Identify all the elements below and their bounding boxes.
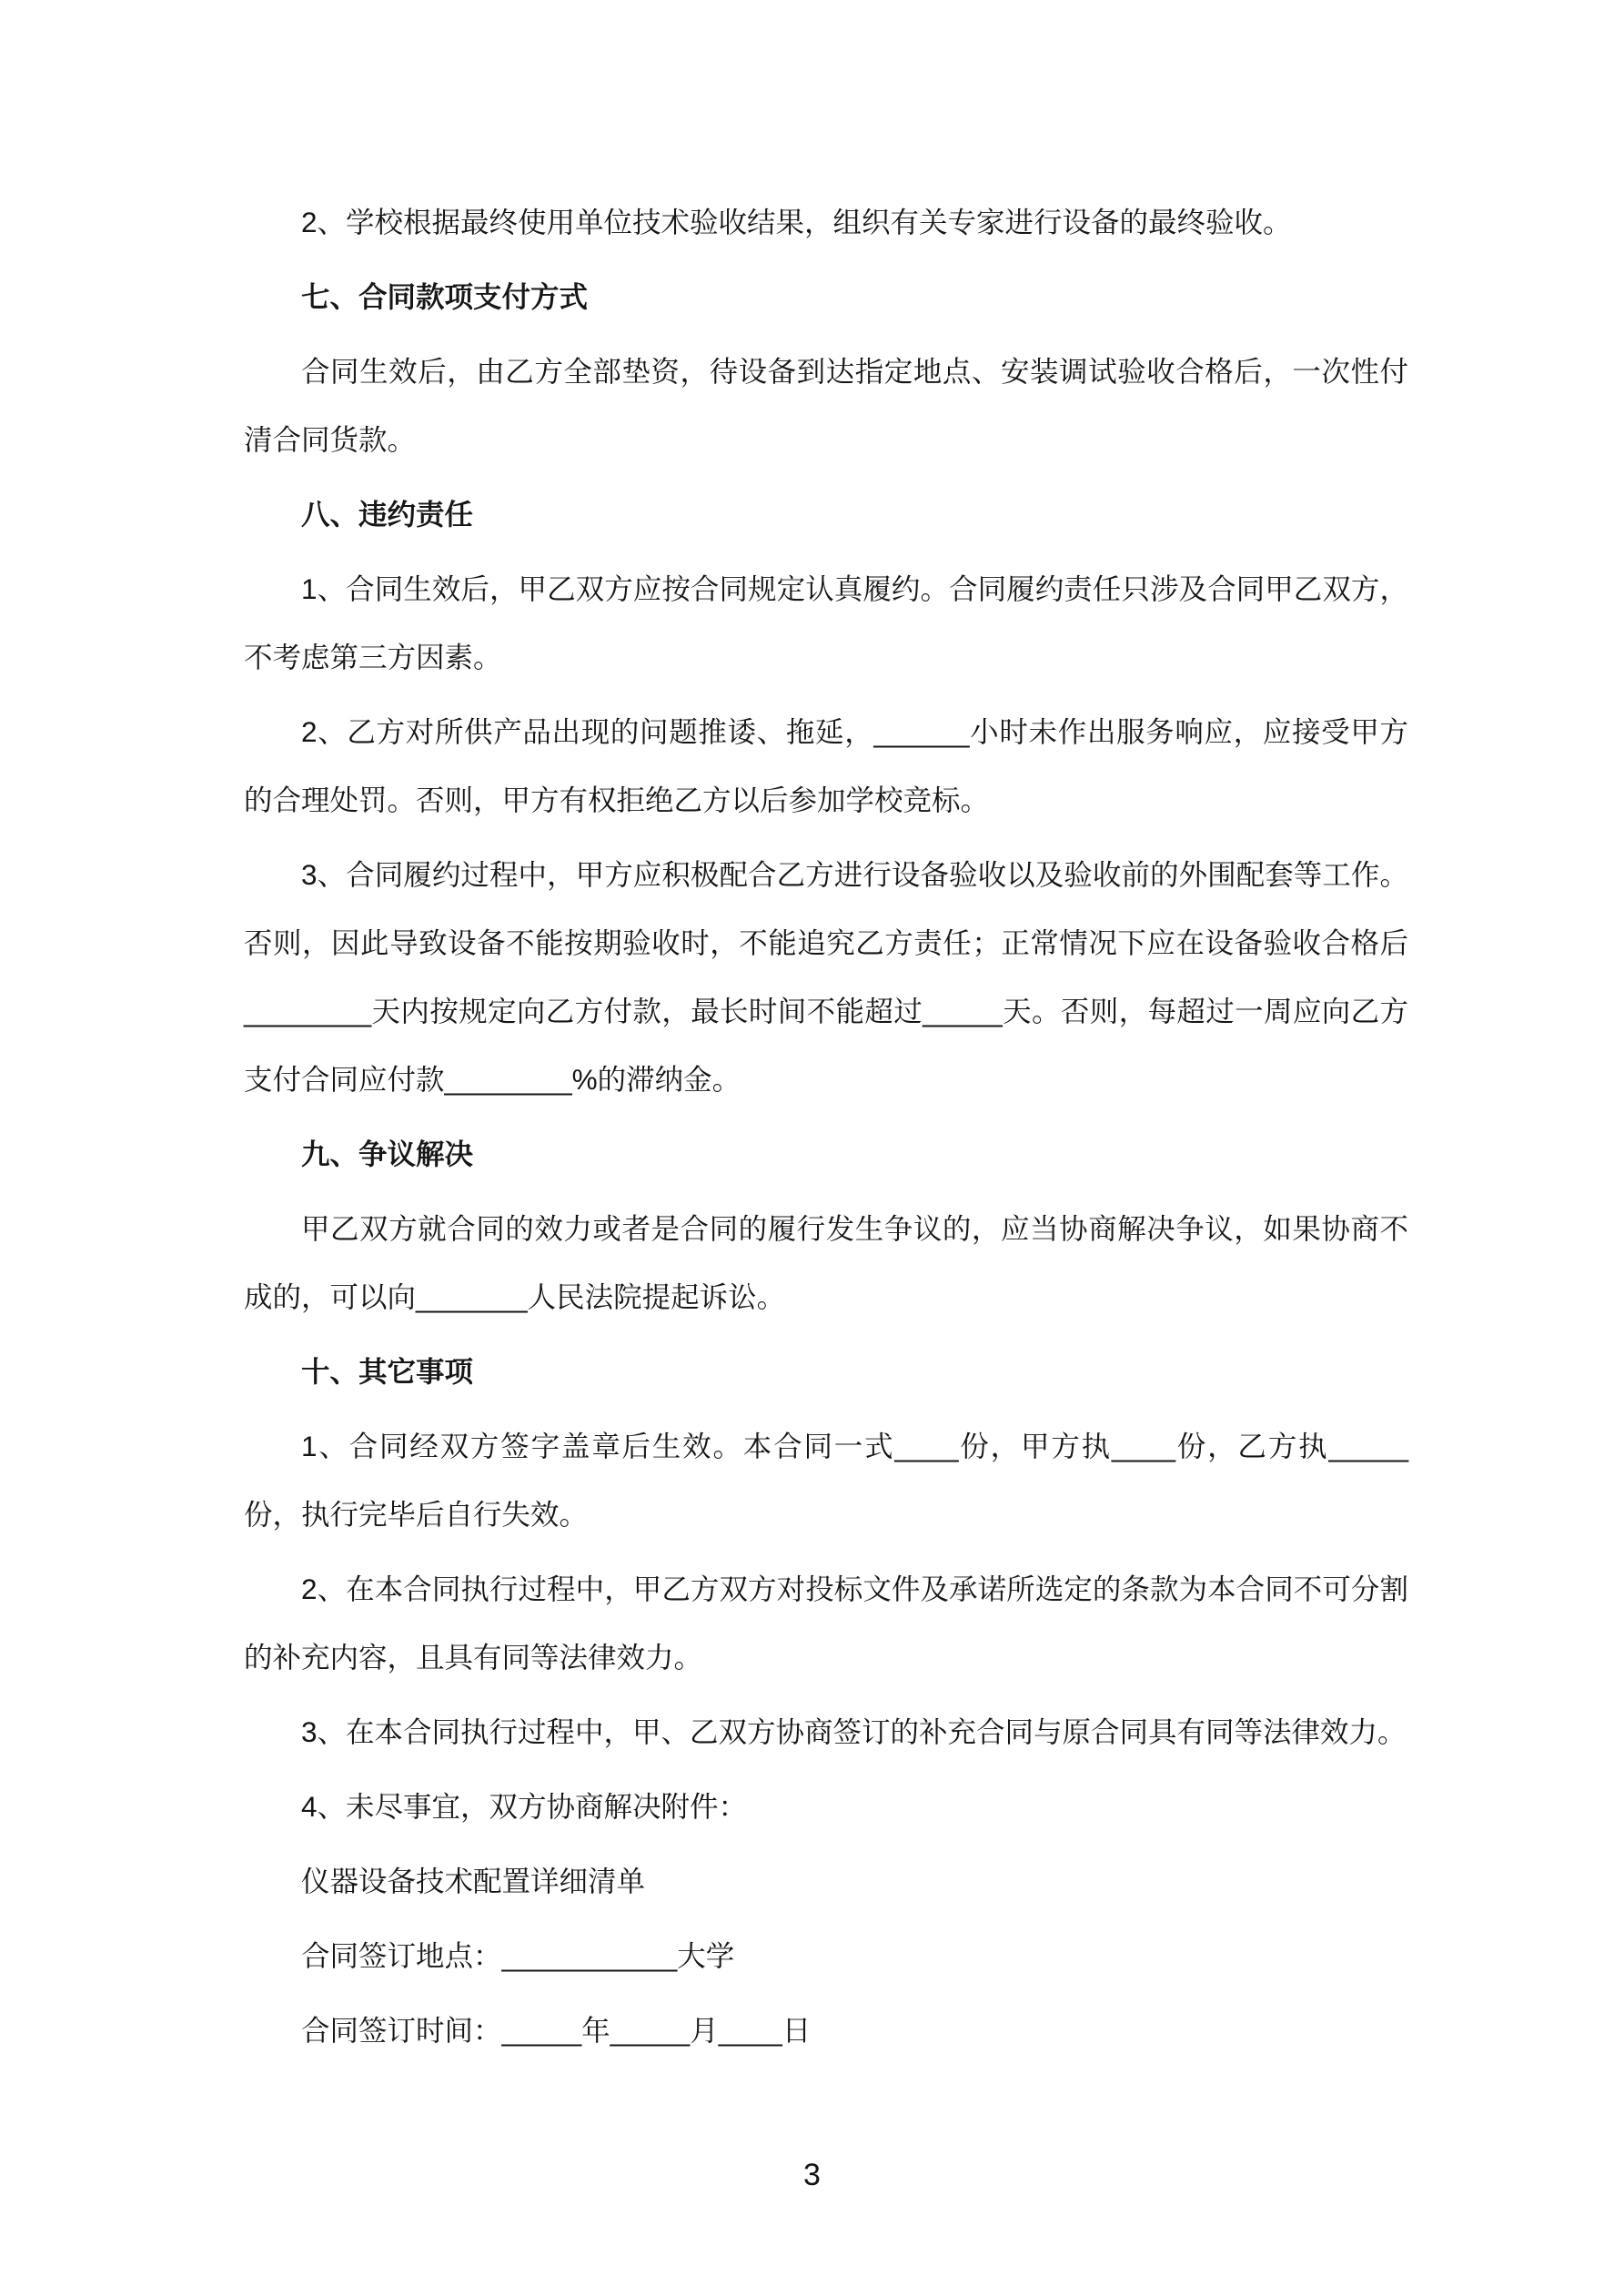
paragraph: 1、合同生效后，甲乙双方应按合同规定认真履约。合同履约责任只涉及合同甲乙双方，不… <box>244 555 1408 692</box>
page-number: 3 <box>0 2149 1624 2200</box>
contract-body: 2、学校根据最终使用单位技术验收结果，组织有关专家进行设备的最终验收。 七、合同… <box>244 188 1408 2071</box>
paragraph: 2、学校根据最终使用单位技术验收结果，组织有关专家进行设备的最终验收。 <box>244 188 1408 257</box>
document-page: 2、学校根据最终使用单位技术验收结果，组织有关专家进行设备的最终验收。 七、合同… <box>0 0 1624 2296</box>
paragraph: 合同签订地点：___________大学 <box>244 1922 1408 1990</box>
paragraph: 仪器设备技术配置详细清单 <box>244 1847 1408 1916</box>
paragraph: 甲乙双方就合同的效力或者是合同的履行发生争议的，应当协商解决争议，如果协商不成的… <box>244 1195 1408 1331</box>
paragraph: 3、在本合同执行过程中，甲、乙双方协商签订的补充合同与原合同具有同等法律效力。 <box>244 1698 1408 1766</box>
section-heading: 八、违约责任 <box>244 480 1408 549</box>
paragraph: 4、未尽事宜，双方协商解决附件： <box>244 1773 1408 1841</box>
paragraph: 3、合同履约过程中，甲方应积极配合乙方进行设备验收以及验收前的外围配套等工作。否… <box>244 841 1408 1114</box>
paragraph: 合同生效后，由乙方全部垫资，待设备到达指定地点、安装调试验收合格后，一次性付清合… <box>244 338 1408 474</box>
paragraph: 合同签订时间：_____年_____月____日 <box>244 1997 1408 2065</box>
paragraph: 2、在本合同执行过程中，甲乙方双方对投标文件及承诺所选定的条款为本合同不可分割的… <box>244 1555 1408 1692</box>
paragraph: 1、合同经双方签字盖章后生效。本合同一式____份，甲方执____份，乙方执__… <box>244 1412 1408 1549</box>
section-heading: 九、争议解决 <box>244 1120 1408 1188</box>
paragraph: 2、乙方对所供产品出现的问题推诿、拖延，______小时未作出服务响应，应接受甲… <box>244 698 1408 834</box>
section-heading: 十、其它事项 <box>244 1338 1408 1406</box>
section-heading: 七、合同款项支付方式 <box>244 263 1408 331</box>
